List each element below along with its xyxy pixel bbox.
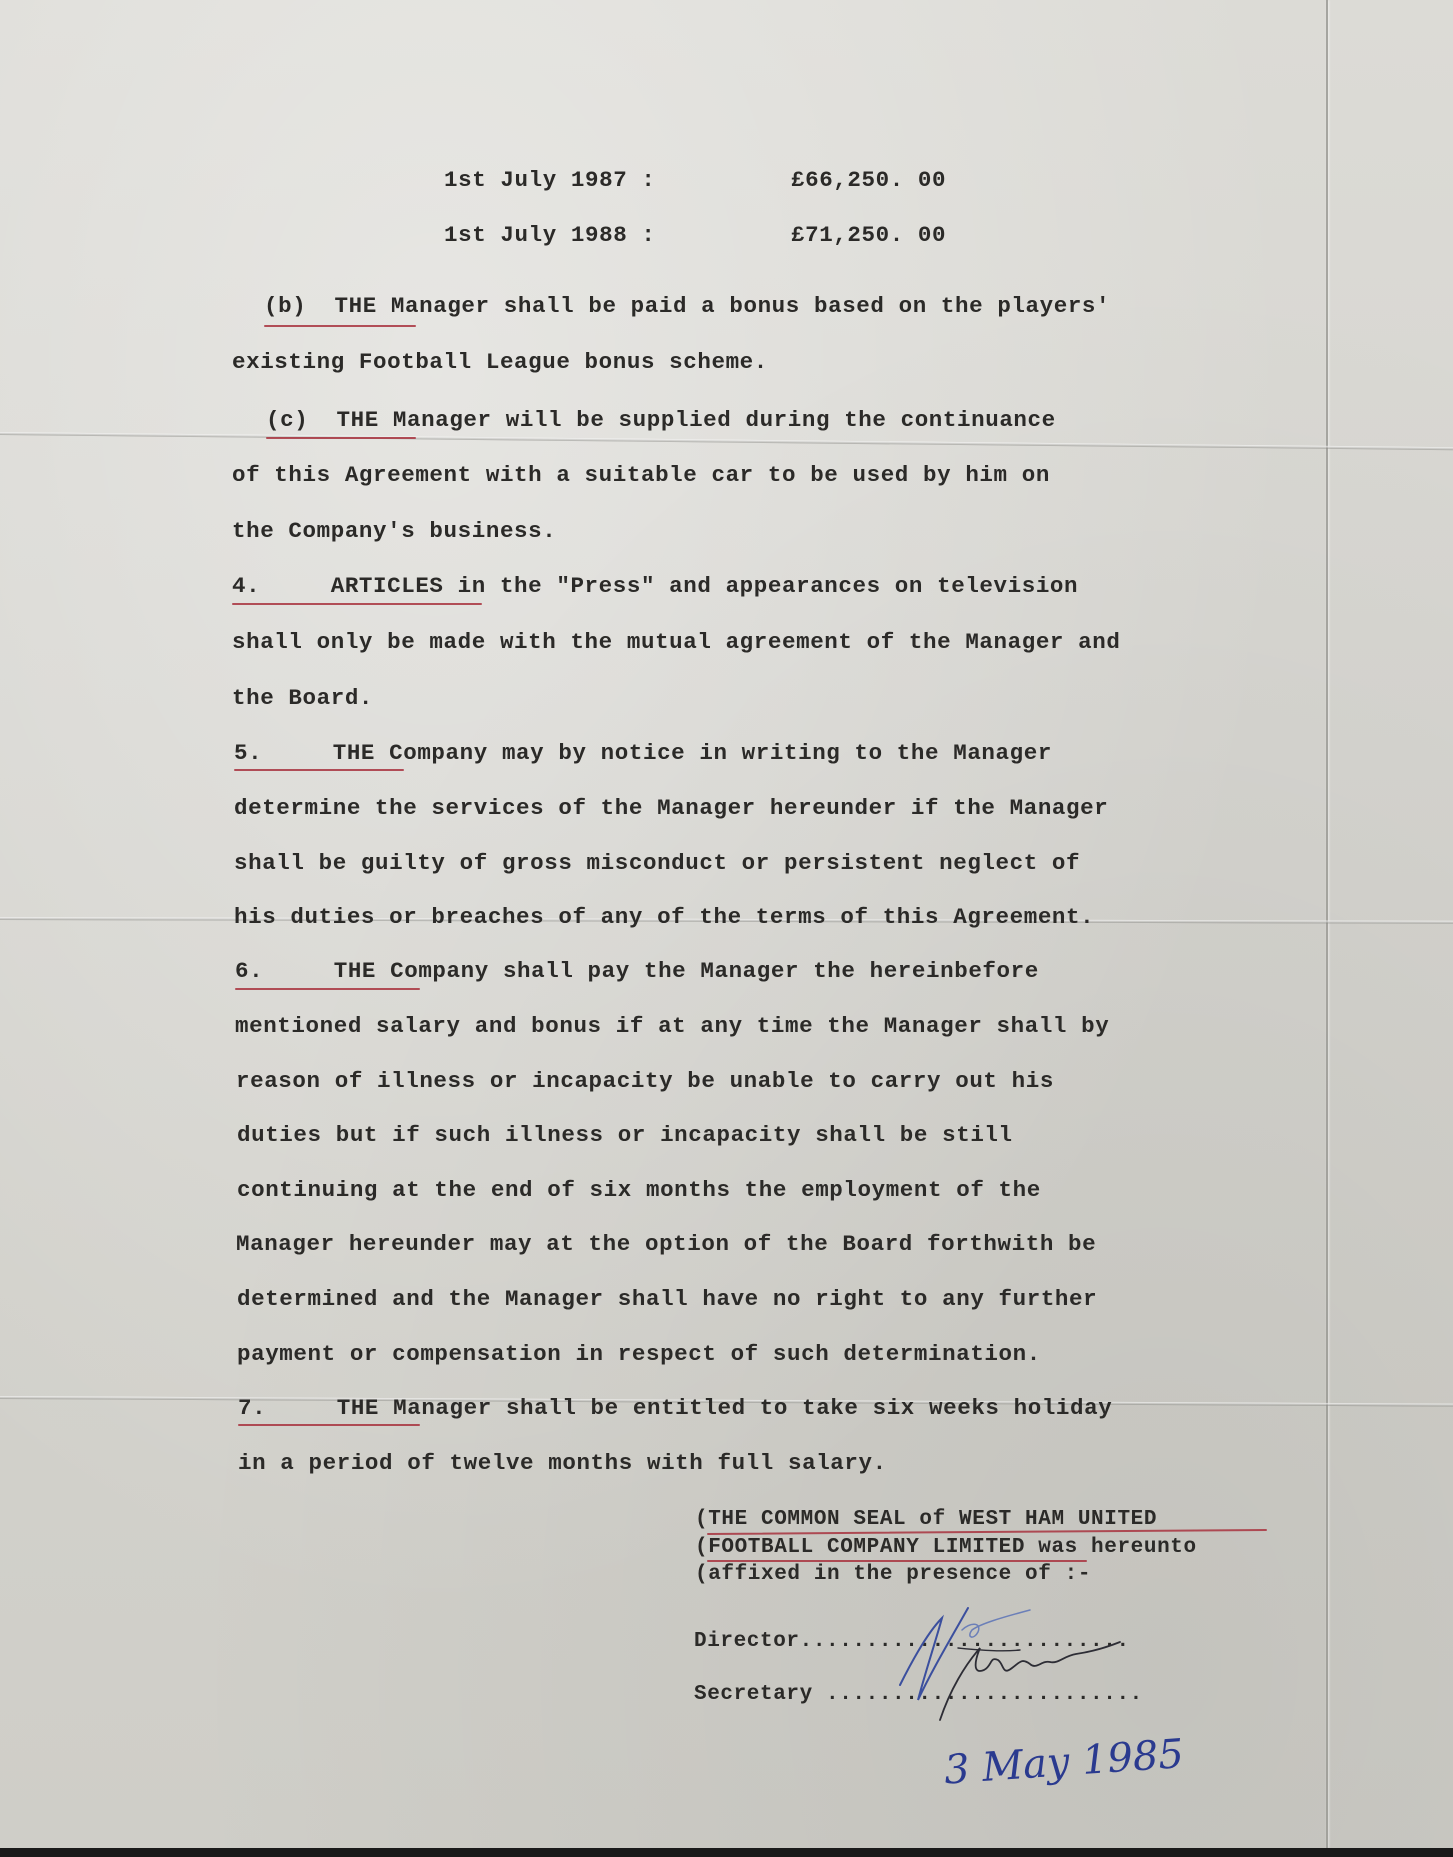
clause-5-line-3: shall be guilty of gross misconduct or p… xyxy=(234,850,1080,876)
salary-amount-1987: £66,250. 00 xyxy=(791,167,946,193)
vertical-fold-crease xyxy=(1326,0,1328,1848)
clause-6-line-4: duties but if such illness or incapacity… xyxy=(237,1122,1013,1148)
seal-line-3: (affixed in the presence of :- xyxy=(695,1563,1091,1586)
clause-c-red-underline xyxy=(266,437,416,439)
clause-6-line-1: 6. THE Company shall pay the Manager the… xyxy=(235,958,1039,984)
clause-6-line-2: mentioned salary and bonus if at any tim… xyxy=(235,1013,1109,1039)
clause-b-line-2: existing Football League bonus scheme. xyxy=(232,349,768,375)
clause-7-red-underline xyxy=(238,1424,420,1426)
clause-7-line-2: in a period of twelve months with full s… xyxy=(238,1450,887,1476)
clause-5-line-4: his duties or breaches of any of the ter… xyxy=(234,904,1094,930)
clause-c-line-3: the Company's business. xyxy=(232,518,556,544)
clause-4-line-3: the Board. xyxy=(232,685,373,711)
seal-line-1: (THE COMMON SEAL of WEST HAM UNITED xyxy=(695,1508,1157,1531)
director-signature-line: Director......................... xyxy=(694,1630,1130,1653)
clause-6-red-underline xyxy=(235,988,420,990)
contract-page: 1st July 1987 : £66,250. 00 1st July 198… xyxy=(0,0,1453,1848)
clause-b-line-1: (b) THE Manager shall be paid a bonus ba… xyxy=(264,293,1110,319)
clause-5-red-underline xyxy=(234,769,404,771)
clause-6-line-7: determined and the Manager shall have no… xyxy=(237,1286,1097,1312)
seal-red-underline-2 xyxy=(707,1560,1087,1562)
clause-4-red-underline xyxy=(232,603,482,605)
clause-6-line-6: Manager hereunder may at the option of t… xyxy=(236,1231,1096,1257)
clause-4-line-2: shall only be made with the mutual agree… xyxy=(232,629,1120,655)
secretary-signature-line: Secretary ........................ xyxy=(694,1683,1143,1706)
clause-c-line-1: (c) THE Manager will be supplied during … xyxy=(266,407,1056,433)
salary-date-1987: 1st July 1987 : xyxy=(444,167,656,193)
clause-7-line-1: 7. THE Manager shall be entitled to take… xyxy=(238,1395,1112,1421)
clause-b-red-underline xyxy=(264,325,416,327)
clause-c-line-2: of this Agreement with a suitable car to… xyxy=(232,462,1050,488)
salary-date-1988: 1st July 1988 : xyxy=(444,222,656,248)
svg-text:3 May 1985: 3 May 1985 xyxy=(943,1731,1186,1794)
seal-line-2: (FOOTBALL COMPANY LIMITED was hereunto xyxy=(695,1536,1197,1559)
handwritten-date: 3 May 1985 xyxy=(940,1725,1200,1795)
clause-6-line-8: payment or compensation in respect of su… xyxy=(237,1341,1041,1367)
clause-6-line-5: continuing at the end of six months the … xyxy=(237,1177,1041,1203)
clause-5-line-1: 5. THE Company may by notice in writing … xyxy=(234,740,1052,766)
clause-6-line-3: reason of illness or incapacity be unabl… xyxy=(236,1068,1054,1094)
salary-amount-1988: £71,250. 00 xyxy=(791,222,946,248)
clause-5-line-2: determine the services of the Manager he… xyxy=(234,795,1108,821)
horizontal-fold-crease-1 xyxy=(0,432,1453,450)
clause-4-line-1: 4. ARTICLES in the "Press" and appearanc… xyxy=(232,573,1078,599)
